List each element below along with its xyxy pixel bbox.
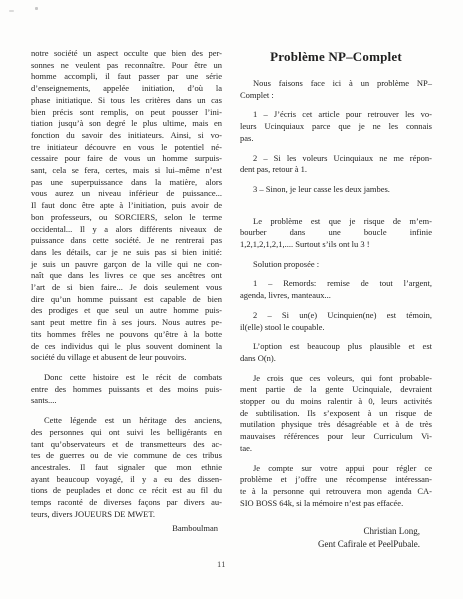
paragraph: L’option est beaucoup plus plausible et … <box>240 341 432 364</box>
text-line: cessaire pour faire de vous un homme sur… <box>31 153 222 165</box>
text-line: occidental... Il y a alors différents ni… <box>31 224 222 236</box>
paragraph: Nous faisons face ici à un problème NP–C… <box>240 78 432 101</box>
paragraph: 1 – Remords: remise de tout l’argent,age… <box>240 278 432 301</box>
text-line: mutilation physique très désagréable et … <box>240 419 432 431</box>
signature-affiliation: Gent Cafirale et PeelPubale. <box>240 538 420 551</box>
text-line: 2 – Si un(e) Ucinquien(ne) est témoin, <box>240 310 432 322</box>
text-line: vous aurez un niveau inférieur de puissa… <box>31 188 222 200</box>
text-line: 1,2,1,2,1,2,1,.... Surtout s’ils ont lu … <box>240 239 432 251</box>
text-line: bourber dans une boucle infinie <box>240 227 432 239</box>
text-line: naît que dans les livres ce que ses ancê… <box>31 270 222 282</box>
text-line: pas. <box>240 133 432 145</box>
text-line: temps raconté de diverses façons par div… <box>31 497 222 509</box>
right-column-paragraphs: Nous faisons face ici à un problème NP–C… <box>240 78 432 509</box>
text-line: je suis un pauvre garçon de la ville qui… <box>31 259 222 271</box>
text-line: phase initiatique. Si tous les critères … <box>31 95 222 107</box>
text-line: dent pas, retour à 1. <box>240 164 432 176</box>
text-line: bien précis sont remplis, on peut pousse… <box>31 107 222 119</box>
text-line: SIO BOSS 64k, si la mémoire n’est pas ef… <box>240 498 432 510</box>
paragraph: Solution proposée : <box>240 259 432 271</box>
article-title: Problème NP–Complet <box>240 49 432 65</box>
text-line: dans O(n). <box>240 353 432 365</box>
text-line: ancestrales. Il faut signaler que mon et… <box>31 462 222 474</box>
text-line: de ces individus qui le plus souvent dom… <box>31 341 222 353</box>
text-line: sants.... <box>31 395 222 407</box>
text-line: Cette légende est un héritage des ancien… <box>31 415 222 427</box>
page-number: 11 <box>0 560 443 569</box>
text-line: Nous faisons face ici à un problème NP– <box>240 78 432 90</box>
text-line: puissance dans cette société. Je ne rent… <box>31 235 222 247</box>
left-column: notre société un aspect occulte que bien… <box>31 48 222 551</box>
text-line: tions de peuplades et donc ce récit est … <box>31 485 222 497</box>
text-line: fonction du savoir des initiateurs. Ains… <box>31 130 222 142</box>
text-line: homme accompli, il faut passer par une s… <box>31 71 222 83</box>
text-line: l’art de si bien faire... Je dois seulem… <box>31 282 222 294</box>
paragraph: Je compte sur votre appui pour régler ce… <box>240 463 432 510</box>
text-line: Complet : <box>240 90 432 102</box>
right-signature: Christian Long, Gent Cafirale et PeelPub… <box>240 525 432 551</box>
paragraph: Le problème est que je risque de m’em-bo… <box>240 216 432 251</box>
text-line: il(elle) stool le coupable. <box>240 322 432 334</box>
text-line: sonnes ne veulent pas reconnaître. Pour … <box>31 60 222 72</box>
text-line: entre des hommes puissants et des moins … <box>31 384 222 396</box>
text-line: bon professeurs, ou SORCIERS, selon le t… <box>31 212 222 224</box>
paragraph: Je crois que ces voleurs, qui font proba… <box>240 373 432 455</box>
text-line: tae. <box>240 443 432 455</box>
text-line: 3 – Sinon, je leur casse les deux jambes… <box>240 184 432 196</box>
paragraph: 3 – Sinon, je leur casse les deux jambes… <box>240 184 432 196</box>
text-line: société du village et abusent de leur po… <box>31 352 222 364</box>
text-line: de subtilisation. Ils s’exposent à un ri… <box>240 408 432 420</box>
text-line: stopper ou du moins ralentir à 0, leurs … <box>240 396 432 408</box>
text-line: tiation jusqu’à son degré le plus ultime… <box>31 118 222 130</box>
text-line: tre initiateur découvre en vous le poten… <box>31 142 222 154</box>
text-line: notre société un aspect occulte que bien… <box>31 48 222 60</box>
paragraph: notre société un aspect occulte que bien… <box>31 48 222 364</box>
text-line: d’enseignements, appelée initiation, d’o… <box>31 83 222 95</box>
scan-artifact-dot <box>9 10 14 12</box>
text-line: te à la personne qui retrouvera mon agen… <box>240 486 432 498</box>
paragraph: Cette légende est un héritage des ancien… <box>31 415 222 520</box>
text-line: Je crois que ces voleurs, qui font proba… <box>240 373 432 385</box>
text-line: dans les détails, car je ne suis pas si … <box>31 247 222 259</box>
paragraph: 2 – Si un(e) Ucinquien(ne) est témoin,il… <box>240 310 432 333</box>
text-line: Je compte sur votre appui pour régler ce <box>240 463 432 475</box>
text-line: tits hommes frêles ne pouvons qu’être à … <box>31 329 222 341</box>
text-line: tant qu’observateurs et de transmetteurs… <box>31 439 222 451</box>
text-line: des personnes qui ont suivi les belligér… <box>31 427 222 439</box>
text-line: teurs, divers JOUEURS DE MWET. <box>31 509 222 521</box>
paragraph: Donc cette histoire est le récit de comb… <box>31 372 222 407</box>
text-line: ayant beaucoup voyagé, il y a eu des dis… <box>31 474 222 486</box>
text-line: L’option est beaucoup plus plausible et … <box>240 341 432 353</box>
text-line: sant, cela se fera, certes, mais si lui–… <box>31 165 222 177</box>
left-signature: Bamboulman <box>31 523 222 535</box>
text-line: tes de guerres ou de vie commune de ces … <box>31 450 222 462</box>
text-line: ment partie de la gente Ucinquiale, devr… <box>240 384 432 396</box>
text-line: 2 – Si les voleurs Ucinquiaux ne me répo… <box>240 153 432 165</box>
text-line: pas une superpuissance dans la matière, … <box>31 177 222 189</box>
text-line: Solution proposée : <box>240 259 432 271</box>
document-page: notre société un aspect occulte que bien… <box>0 0 463 599</box>
text-line: des prodiges et que seul un autre homme … <box>31 305 222 317</box>
text-line: leurs Ucinquiaux parce que je ne les con… <box>240 121 432 133</box>
text-line: 1 – Remords: remise de tout l’argent, <box>240 278 432 290</box>
left-column-paragraphs: notre société un aspect occulte que bien… <box>31 48 222 520</box>
text-line: 1 – J’écris cet article pour retrouver l… <box>240 109 432 121</box>
text-line: agenda, livres, manteaux... <box>240 290 432 302</box>
paragraph: 1 – J’écris cet article pour retrouver l… <box>240 109 432 144</box>
two-column-layout: notre société un aspect occulte que bien… <box>31 48 432 551</box>
scan-artifact-dot <box>35 7 38 10</box>
text-line: problème et j’offre une récompense intér… <box>240 474 432 486</box>
right-column: Problème NP–Complet Nous faisons face ic… <box>240 48 432 551</box>
text-line: sant peut mettre fin à ses jours. Nous a… <box>31 317 222 329</box>
text-line: Il faut donc être apte à l’initiation, p… <box>31 200 222 212</box>
paragraph: 2 – Si les voleurs Ucinquiaux ne me répo… <box>240 153 432 176</box>
text-line: mauvaises références pour leur Curriculu… <box>240 431 432 443</box>
text-line: Donc cette histoire est le récit de comb… <box>31 372 222 384</box>
text-line: Le problème est que je risque de m’em- <box>240 216 432 228</box>
text-line: dire qu’un homme puissant est capable de… <box>31 294 222 306</box>
signature-name: Christian Long, <box>240 525 420 538</box>
